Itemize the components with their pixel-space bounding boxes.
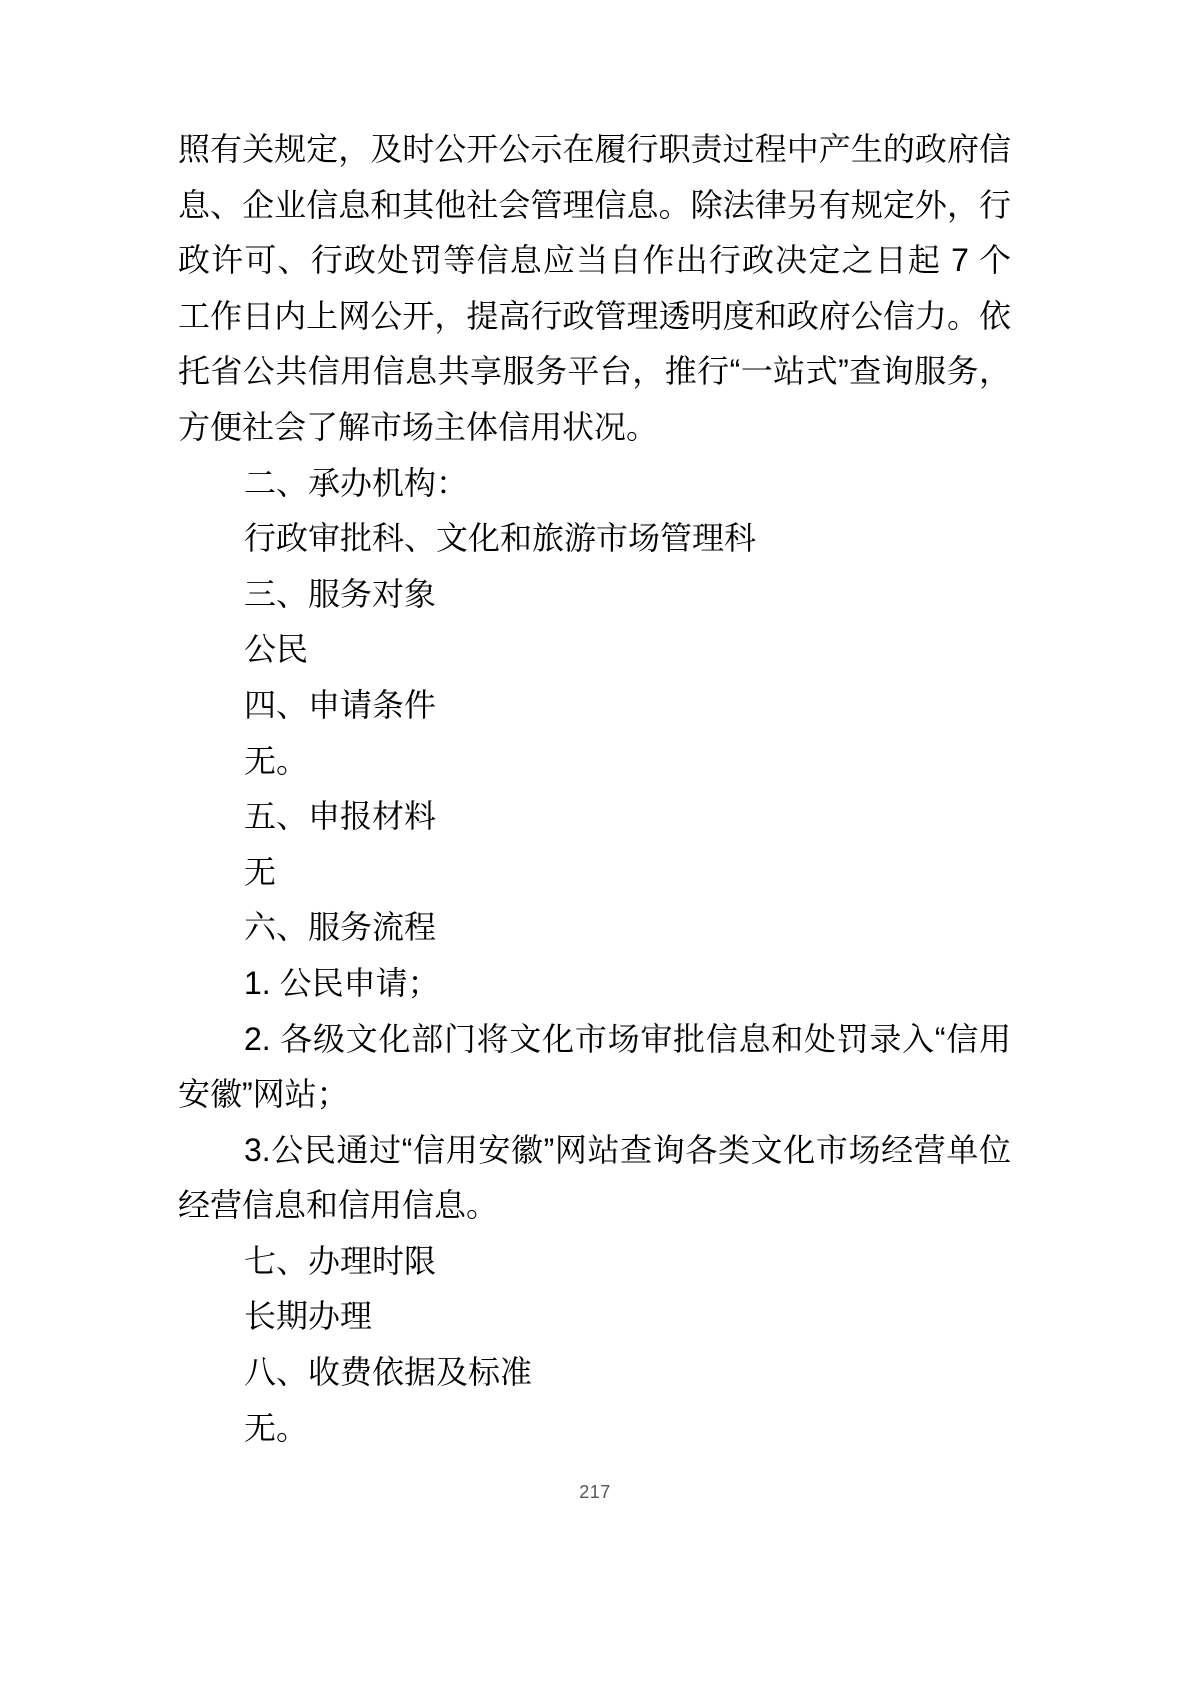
document-page: 照有关规定，及时公开公示在履行职责过程中产生的政府信息、企业信息和其他社会管理信… bbox=[0, 0, 1190, 1683]
text-processing-time: 长期办理 bbox=[178, 1289, 1011, 1345]
text-agency-names: 行政审批科、文化和旅游市场管理科 bbox=[178, 511, 1011, 567]
heading-section-seven-time-limit: 七、办理时限 bbox=[178, 1234, 1011, 1290]
heading-section-three-target: 三、服务对象 bbox=[178, 567, 1011, 623]
page-number: 217 bbox=[579, 1482, 611, 1502]
heading-section-two-agency: 二、承办机构： bbox=[178, 456, 1011, 512]
text-application-materials: 无 bbox=[178, 845, 1011, 901]
paragraph-intro-continued: 照有关规定，及时公开公示在履行职责过程中产生的政府信息、企业信息和其他社会管理信… bbox=[178, 122, 1011, 456]
heading-section-eight-fees: 八、收费依据及标准 bbox=[178, 1345, 1011, 1401]
text-process-step-3: 3.公民通过“信用安徽”网站查询各类文化市场经营单位经营信息和信用信息。 bbox=[178, 1123, 1011, 1234]
heading-section-five-materials: 五、申报材料 bbox=[178, 789, 1011, 845]
heading-section-six-process: 六、服务流程 bbox=[178, 900, 1011, 956]
heading-section-four-conditions: 四、申请条件 bbox=[178, 678, 1011, 734]
text-process-step-2: 2. 各级文化部门将文化市场审批信息和处罚录入“信用安徽”网站； bbox=[178, 1012, 1011, 1123]
text-application-conditions: 无。 bbox=[178, 734, 1011, 790]
text-process-step-1: 1. 公民申请； bbox=[178, 956, 1011, 1012]
page-footer: 217 bbox=[0, 1481, 1190, 1503]
document-body: 照有关规定，及时公开公示在履行职责过程中产生的政府信息、企业信息和其他社会管理信… bbox=[178, 122, 1011, 1456]
text-fee-basis: 无。 bbox=[178, 1401, 1011, 1457]
text-service-target: 公民 bbox=[178, 622, 1011, 678]
